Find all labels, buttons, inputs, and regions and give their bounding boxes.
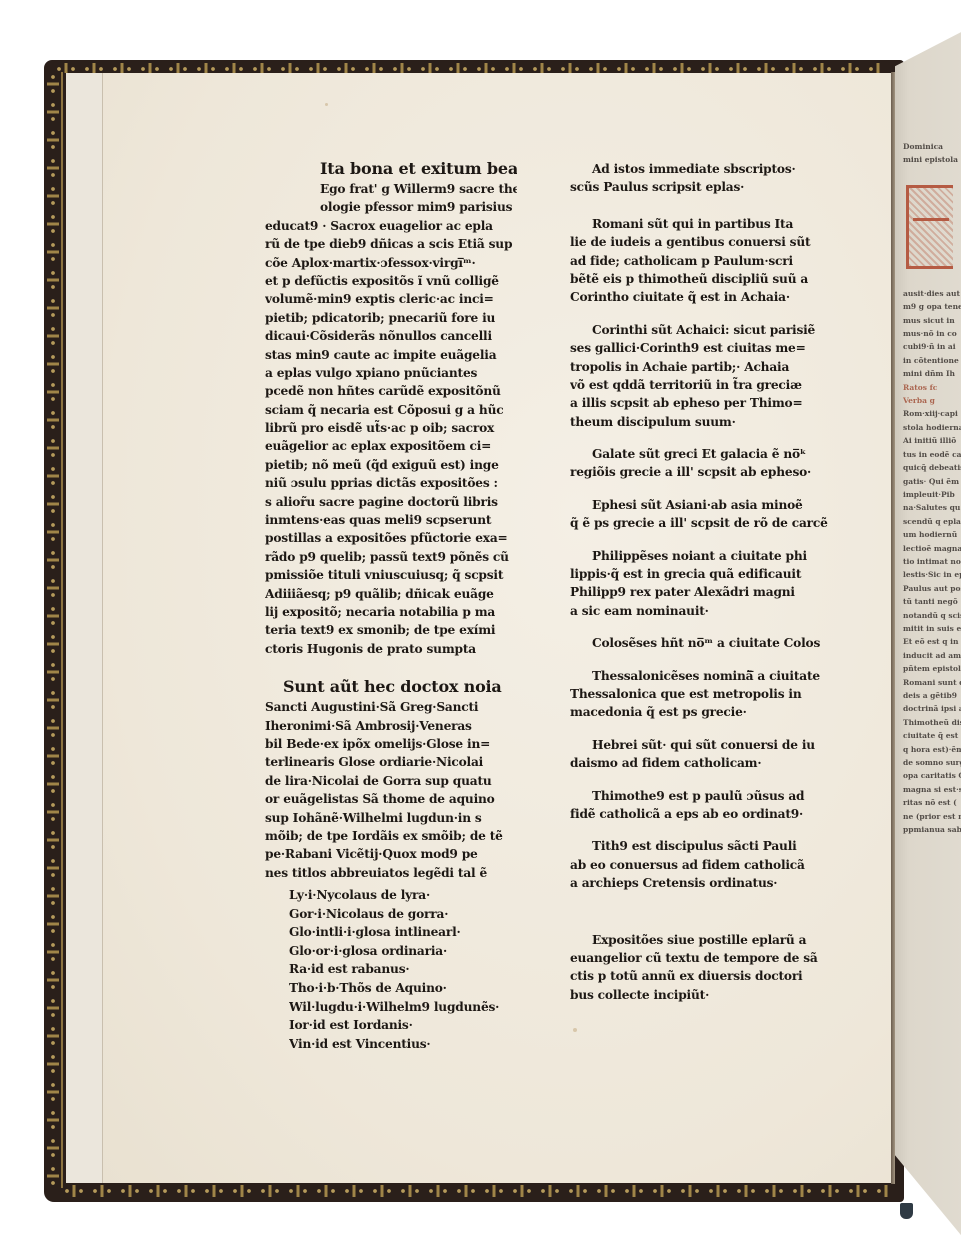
text-line: ses gallici·Corinth9 est ciuitas me= [570, 339, 830, 357]
text-line: sciam q̃ necaria est Cõposui g a hũc [265, 401, 517, 419]
facing-text-line: doctrinã ipsi ap [903, 702, 961, 715]
text-line: a archieps Cretensis ordinatus· [570, 874, 830, 892]
text-line: fidẽ catholicã a eps ab eo ordinat9· [570, 805, 830, 823]
doctors-paragraph: Sancti Augustini·Sã Greg·SanctiIheronimi… [265, 698, 517, 882]
right-paragraph: Romani sũt qui in partibus Italie de iud… [570, 215, 830, 307]
text-line: Wil·lugdu·i·Wilhelm9 lugdunẽs· [289, 998, 517, 1017]
text-line: mõib; de tpe Iordãis ex smõib; de tẽ [265, 827, 517, 845]
facing-text-line: ppmianua saba [903, 823, 961, 836]
text-line: or euãgelistas Sã thome de aquino [265, 790, 517, 808]
text-line: Galate sũt greci Et galacia ẽ no̅ᵏ [570, 445, 830, 463]
text-line: Glo·intli·i·glosa intlinearl· [289, 923, 517, 942]
intro-paragraph: Ego frat' g Willerm9 sacre theologie pfe… [265, 180, 517, 658]
text-line: ctis p totũ annũ ex diuersis doctori [570, 967, 830, 985]
right-paragraph: Philippẽses noiant a ciuitate philippis·… [570, 547, 830, 621]
doctors-heading: Sunt aũt hec doctox noia [265, 676, 517, 698]
text-line: s alior̃u sacre pagine doctorũ libris [265, 493, 517, 511]
text-line: Iheronimi·Sã Ambrosij·Veneras [265, 717, 517, 735]
facing-text-line: tus in eodẽ cap [903, 448, 961, 461]
facing-text-line: inducit ad amo [903, 649, 961, 662]
text-line: Glo·or·i·glosa ordinaria· [289, 942, 517, 961]
facing-text-line: lectioẽ magna [903, 542, 961, 555]
text-line: Adiiiãesq; p9 quãlib; dñicak euãge [265, 585, 517, 603]
facing-header-2: mini epistola [903, 153, 961, 166]
facing-text-line: Ratos fc [903, 381, 961, 394]
text-line: sup Iohãnẽ·Wilhelmi lugdun·in s [265, 809, 517, 827]
left-column: Ita bona et exitum beatu Ego frat' g Wil… [265, 158, 517, 1053]
text-line: teria text9 ex smonib; de tpe exími [265, 621, 517, 639]
facing-text-line: magna si est·si [903, 783, 961, 796]
facing-text-line: in cõtentione [903, 354, 961, 367]
right-paragraph: Thessalonicẽses nominã̅ a ciuitateThessa… [570, 667, 830, 722]
right-column: Ad istos immediate sbscriptos·scũs Paulu… [570, 160, 830, 1018]
text-line: librũ pro eisdẽ ut̃s·ac p oib; sacrox [265, 419, 517, 437]
foxing-spot [325, 103, 328, 106]
facing-text-line: ausit·dies aut [903, 287, 961, 300]
initial-space [903, 167, 961, 287]
text-line: volumẽ·min9 exptis cleric·ac inci= [265, 290, 517, 308]
facing-text-line: m9 g opa tene [903, 300, 961, 313]
facing-text-line: Paulus aut pos [903, 582, 961, 595]
text-line: q̃ ẽ ps grecie a ill' scpsit de rõ de ca… [570, 514, 830, 532]
text-line: ab eo conuersus ad fidem catholicã [570, 856, 830, 874]
text-line: a eplas vulgo xpiano pnũciantes [265, 364, 517, 382]
text-line: terlinearis Glose ordiarie·Nicolai [265, 753, 517, 771]
text-line: Ephesi sũt Asiani·ab asia minoẽ [570, 496, 830, 514]
facing-text-line: cubi9·ñ in ai [903, 340, 961, 353]
facing-text-line: tũ tanti negõ [903, 595, 961, 608]
gutter-fold [891, 72, 895, 1184]
right-paragraph: Thimothe9 est p paulũ ɔũsus adfidẽ catho… [570, 787, 830, 824]
facing-text-line: um hodiernũ [903, 528, 961, 541]
text-line: cõe Aplox·martix·ɔfessox·virgi̅ᵐ· [265, 254, 517, 272]
text-line: Ego frat' g Willerm9 sacre the [265, 180, 517, 198]
text-line: ctoris Hugonis de prato sumpta [265, 640, 517, 658]
text-line: Thessalonicẽses nominã̅ a ciuitate [570, 667, 830, 685]
abbreviations-list: Ly·i·Nycolaus de lyra·Gor·i·Nicolaus de … [265, 886, 517, 1053]
text-line: ad fide; catholicam p Paulum·scri [570, 252, 830, 270]
text-line: lie de iudeis a gentibus conuersi sũt [570, 233, 830, 251]
facing-lines: ausit·dies autm9 g opa tenemus sicut inm… [903, 287, 961, 837]
facing-text-line: na·Salutes qu [903, 501, 961, 514]
text-line: pmissiõe tituli vniuscuiusq; q̃ scpsit [265, 566, 517, 584]
facing-text-line: mini dñm Ih [903, 367, 961, 380]
right-paragraph: Tith9 est discipulus sãcti Pauliab eo co… [570, 837, 830, 892]
right-paragraph: Expositões siue postille eplarũ aeuangel… [570, 931, 830, 1005]
facing-text-line: mitit in suis ep [903, 622, 961, 635]
text-line: Romani sũt qui in partibus Ita [570, 215, 830, 233]
text-line: Tith9 est discipulus sãcti Pauli [570, 837, 830, 855]
facing-text-line: de somno surge [903, 756, 961, 769]
text-line: pe·Rabani Vicẽtij·Quox mod9 pe [265, 845, 517, 863]
facing-text-line: opa caritatis G [903, 769, 961, 782]
right-paragraph: Hebrei sũt· qui sũt conuersi de iudaismo… [570, 736, 830, 773]
facing-text-line: deis a gẽtib9 [903, 689, 961, 702]
facing-text-line: ne (prior est nol [903, 810, 961, 823]
facing-text-line: mus sicut in [903, 314, 961, 327]
text-line: Vin·id est Vincentius· [289, 1035, 517, 1054]
facing-text-line: Rom·xiij·capi [903, 407, 961, 420]
text-line: educat9 · Sacrox euagelior ac epla [265, 217, 517, 235]
facing-text-line: lestis·Sic in ep [903, 568, 961, 581]
text-line: inmtens·eas quas meli9 scpserunt [265, 511, 517, 529]
text-line: niũ ɔsulu pprias dictãs expositões : [265, 474, 517, 492]
text-line: Corinthi sũt Achaici: sicut parisiẽ [570, 321, 830, 339]
text-line: Philipp9 rex pater Alexãdri magni [570, 583, 830, 601]
facing-text-line: Et eõ est q in su [903, 635, 961, 648]
facing-text-line: Romani sunt q [903, 676, 961, 689]
facing-text-line: Ai initiũ illiõ [903, 434, 961, 447]
facing-text-line: gatis· Qui ẽm [903, 475, 961, 488]
text-line: a sic eam nominauit· [570, 602, 830, 620]
text-line: Ad istos immediate sbscriptos· [570, 160, 830, 178]
text-line: bus collecte incipiũt· [570, 986, 830, 1004]
text-line: ologie pfessor mim9 parisius [265, 198, 517, 216]
text-line: stas min9 caute ac impite euãgelia [265, 346, 517, 364]
text-line: rãdo p9 quelib; passũ text9 põnẽs cũ [265, 548, 517, 566]
text-line: Gor·i·Nicolaus de gorra· [289, 905, 517, 924]
text-line: dicaui·Cõsiderãs nõnullos cancelli [265, 327, 517, 345]
text-line: euangelior cũ textu de tempore de sã [570, 949, 830, 967]
facing-text-line: pñtem epistolã [903, 662, 961, 675]
gilt-border-left [47, 70, 59, 1188]
text-line: Colosẽses hñt no̅ᵐ a ciuitate Colos [570, 634, 830, 652]
text-line: theum discipulum suum· [570, 413, 830, 431]
facing-text-line: mus·nõ in co [903, 327, 961, 340]
right-paragraph: Ephesi sũt Asiani·ab asia minoẽq̃ ẽ ps g… [570, 496, 830, 533]
gilt-fillet-line [61, 72, 63, 1188]
facing-text-line: Thimotheũ disc [903, 716, 961, 729]
facing-text-line: stola hodierna [903, 421, 961, 434]
clasp-fragment [900, 1203, 913, 1219]
facing-text-line: ciuitate q̃ est in ac [903, 729, 961, 742]
facing-text-line: ritas nõ est ( [903, 796, 961, 809]
text-line: Thimothe9 est p paulũ ɔũsus ad [570, 787, 830, 805]
right-paragraph: Colosẽses hñt no̅ᵐ a ciuitate Colos [570, 634, 830, 652]
text-line: Thessalonica que est metropolis in [570, 685, 830, 703]
text-line: bil Bede·ex ipõx omelijs·Glose in= [265, 735, 517, 753]
text-line: lippis·q̃ est in grecia quã edificauit [570, 565, 830, 583]
incipit-heading: Ita bona et exitum beatu [265, 158, 517, 180]
facing-page-text: Dominica mini epistola ausit·dies autm9 … [903, 140, 961, 1010]
facing-text-line: tio intimat nob [903, 555, 961, 568]
foxing-spot [573, 1028, 577, 1032]
facing-text-line: scendũ q epla [903, 515, 961, 528]
text-line: euãgelior ac eplax expositõem ci= [265, 437, 517, 455]
facing-text-line: notandũ q scis [903, 609, 961, 622]
right-paragraph: Ad istos immediate sbscriptos·scũs Paulu… [570, 160, 830, 197]
text-line: Philippẽses noiant a ciuitate phi [570, 547, 830, 565]
text-line: bẽtẽ eis p thimotheũ discipliũ suũ a [570, 270, 830, 288]
text-line: Hebrei sũt· qui sũt conuersi de iu [570, 736, 830, 754]
text-line: rũ de tpe dieb9 dñicas a scis Etiã sup [265, 235, 517, 253]
text-line: tropolis in Achaie partib;· Achaia [570, 358, 830, 376]
gilt-border-top [52, 63, 882, 73]
facing-header-1: Dominica [903, 140, 961, 153]
text-line: a illis scpsit ab epheso per Thimo= [570, 394, 830, 412]
text-line: daismo ad fidem catholicam· [570, 754, 830, 772]
text-line: Expositões siue postille eplarũ a [570, 931, 830, 949]
text-line: Corintho ciuitate q̃ est in Achaia· [570, 288, 830, 306]
text-line: pietib; pdicatorib; pnecariũ fore iu [265, 309, 517, 327]
gilt-border-bottom [60, 1185, 890, 1197]
text-line: Tho·i·b·Thõs de Aquino· [289, 979, 517, 998]
text-line: et p defũctis expositõs ĩ vnũ colligẽ [265, 272, 517, 290]
right-paragraph: Corinthi sũt Achaici: sicut parisiẽses g… [570, 321, 830, 431]
text-line: pcedẽ non hñtes carũdẽ expositõnũ [265, 382, 517, 400]
text-line: macedonia q̃ est ps grecie· [570, 703, 830, 721]
facing-text-line: quicq̃ debeatis [903, 461, 961, 474]
text-line: võ est qddã territoriũ in t̃ra greciæ [570, 376, 830, 394]
text-line: de lira·Nicolai de Gorra sup quatu [265, 772, 517, 790]
text-line: regiõis grecie a ill' scpsit ab epheso· [570, 463, 830, 481]
right-paragraph: Galate sũt greci Et galacia ẽ no̅ᵏregiõi… [570, 445, 830, 482]
facing-text-line: q hora est)·ẽm [903, 743, 961, 756]
text-line: Sancti Augustini·Sã Greg·Sancti [265, 698, 517, 716]
facing-text-line: impleuit·Pib [903, 488, 961, 501]
text-line: nes titlos abbreuiatos legẽdi tal ẽ [265, 864, 517, 882]
pastedown-strip [66, 73, 103, 1183]
text-line: scũs Paulus scripsit eplas· [570, 178, 830, 196]
facing-text-line: Verba g [903, 394, 961, 407]
text-line: lij expositõ; necaria notabilia p ma [265, 603, 517, 621]
text-line: Ra·id est rabanus· [289, 960, 517, 979]
text-line: Ly·i·Nycolaus de lyra· [289, 886, 517, 905]
text-line: Ior·id est Iordanis· [289, 1016, 517, 1035]
text-line: pietib; nõ meũ (q̃d exiguũ est) inge [265, 456, 517, 474]
text-line: postillas a expositões pfũctorie exa= [265, 529, 517, 547]
